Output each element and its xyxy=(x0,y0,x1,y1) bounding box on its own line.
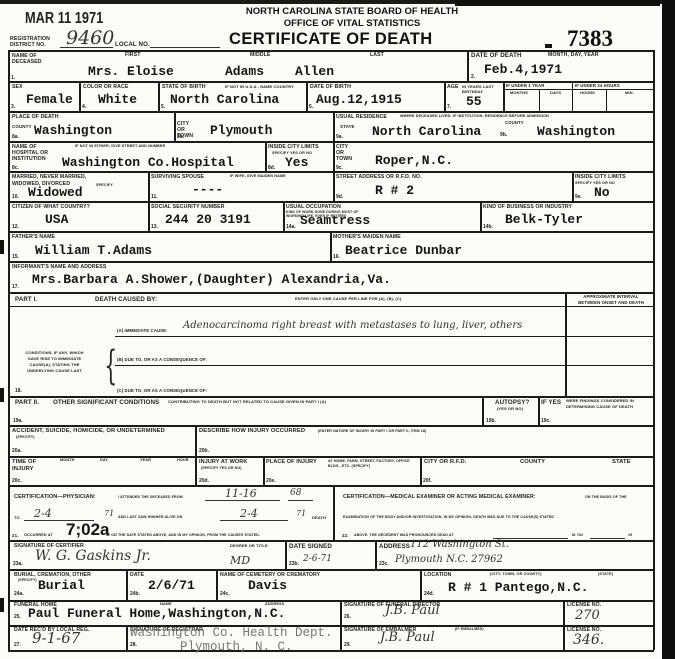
item-number: 12. xyxy=(12,224,19,230)
date-of-birth-label: DATE OF BIRTH xyxy=(310,84,351,90)
item-number: 2. xyxy=(471,74,475,80)
received-stamp: MAR 11 1971 xyxy=(25,10,103,28)
certifier-address-line1: 112 Washington St. xyxy=(410,539,509,550)
divider xyxy=(420,456,422,485)
divider xyxy=(467,50,469,81)
place-of-death-city: Plymouth xyxy=(210,123,272,138)
burial-method: Burial xyxy=(38,578,85,593)
immediate-cause: Adenocarcinoma right breast with metasta… xyxy=(183,320,522,331)
me-line3: ABOVE. THE DECEDENT WAS PRONOUNCED DEAD … xyxy=(354,533,454,537)
burial-date-label: DATE xyxy=(130,572,144,578)
autopsy-label: AUTOPSY? xyxy=(495,399,529,406)
brace: { xyxy=(104,346,117,386)
place-of-death-county: Washington xyxy=(34,123,112,138)
date-received: 9-1-67 xyxy=(32,629,80,647)
surviving-spouse-label: SURVIVING SPOUSE xyxy=(151,174,204,180)
place-of-death-label: PLACE OF DEATH xyxy=(12,114,59,120)
divider xyxy=(330,231,332,261)
immediate-cause-label: (a) IMMEDIATE CAUSE: xyxy=(117,328,168,333)
divider xyxy=(216,569,218,600)
item-number: 8b. xyxy=(177,134,184,140)
residence-city-label: CITY OR TOWN xyxy=(336,144,356,162)
part-2-label: PART II. xyxy=(15,399,39,406)
divider xyxy=(126,625,128,650)
underline xyxy=(288,500,313,501)
business-label: KIND OF BUSINESS OR INDUSTRY xyxy=(483,204,572,210)
street-address-label: STREET ADDRESS OR R.F.D. No. xyxy=(336,174,422,180)
embalmer-license-number: 346. xyxy=(573,632,604,648)
item-number: 20d. xyxy=(199,478,209,484)
funeral-director-signature: J.B. Paul xyxy=(385,603,440,618)
divider xyxy=(265,141,267,171)
date-of-death-label: DATE OF DEATH xyxy=(471,52,522,59)
scan-edge-right xyxy=(662,0,675,659)
registration-district-number: 9460 xyxy=(66,27,114,49)
certifier-signature: W. G. Gaskins Jr. xyxy=(35,548,151,564)
accident-label: ACCIDENT, SUICIDE, HOMICIDE, OR UNDETERM… xyxy=(12,428,165,434)
name-middle: Adams xyxy=(225,64,264,79)
date-of-birth: Aug.12,1915 xyxy=(316,92,402,107)
item-22-number: 22. xyxy=(342,533,349,538)
state-of-birth: North Carolina xyxy=(170,92,279,107)
binding-notch xyxy=(0,598,4,612)
part-1-label: PART I. xyxy=(15,296,37,303)
item-number: 16. xyxy=(333,254,340,260)
age-label: AGE xyxy=(447,84,459,90)
state-of-birth-label: STATE OF BIRTH xyxy=(162,84,206,90)
rule xyxy=(8,306,654,307)
item-number: 20f. xyxy=(423,478,432,484)
agency-line-1: NORTH CAROLINA STATE BOARD OF HEALTH xyxy=(227,6,477,17)
day-label: DAY xyxy=(100,458,108,462)
item-number: 9a. xyxy=(336,134,343,140)
certifier-address-line2: Plymouth N.C. 27962 xyxy=(395,554,503,565)
certificate-title: CERTIFICATE OF DEATH xyxy=(229,30,433,49)
burial-sublabel: (SPECIFY) xyxy=(18,578,37,582)
race: White xyxy=(98,92,137,107)
date-of-death: Feb.4,1971 xyxy=(484,62,562,77)
item-number: 15. xyxy=(12,254,19,260)
item-number: 23c. xyxy=(379,561,389,567)
residence-city: Roper,N.C. xyxy=(375,153,453,168)
divider xyxy=(539,89,540,111)
age-sublabel: IN YEARS LAST BIRTHDAY xyxy=(462,84,496,94)
item-number: 8a. xyxy=(12,134,19,140)
attended-to-year: 71 xyxy=(104,509,114,518)
business: Belk-Tyler xyxy=(505,212,583,227)
residence-inside-city-label: INSIDE CITY LIMITS xyxy=(575,174,626,180)
divider xyxy=(306,81,308,111)
name-label: NAME OF DECEASED xyxy=(12,53,52,65)
item-21-number: 21. xyxy=(12,533,19,538)
marital-status-sublabel: SPECIFY xyxy=(96,183,113,187)
findings-label: WERE FINDINGS CONSIDERED IN DETERMINING … xyxy=(566,398,651,410)
item-number: 27. xyxy=(14,642,21,648)
occurred-tail-text: M. ON THE DATE STATED ABOVE, AND IN MY O… xyxy=(106,533,260,537)
rule xyxy=(333,141,654,143)
time-of-death: 7;02a xyxy=(66,520,109,540)
inside-city-limits-label: INSIDE CITY LIMITS xyxy=(268,144,319,150)
hour-label: HOUR xyxy=(177,458,189,462)
occupation: Seamtress xyxy=(300,213,370,228)
surviving-spouse-sublabel: IF WIFE, GIVE MAIDEN NAME xyxy=(230,174,286,178)
under-24-hours-label: IF UNDER 24 HOURS xyxy=(575,83,620,88)
item-number: 9d. xyxy=(336,194,343,200)
surviving-spouse: ---- xyxy=(192,182,223,197)
interval-label: APPROXIMATE INTERVAL BETWEEN ONSET AND D… xyxy=(572,294,650,306)
location-sublabel: (CITY, TOWN, OR COUNTY) xyxy=(490,572,542,576)
describe-injury-sublabel: (ENTER NATURE OF INJURY IN PART I OR PAR… xyxy=(318,429,426,433)
usual-residence-sublabel: WHERE DECEASED LIVED. IF INSTITUTION, RE… xyxy=(400,114,549,118)
funeral-home: Paul Funeral Home,Washington,N.C. xyxy=(28,606,285,621)
local-no-underline xyxy=(150,47,220,48)
burial-date: 2/6/71 xyxy=(148,578,195,593)
address-label: ADDRESS xyxy=(379,543,410,550)
occurred-at-text: OCCURRED AT xyxy=(24,533,53,537)
registration-district-label: REGISTRATION DISTRICT NO. xyxy=(10,36,58,48)
item-number: 25. xyxy=(14,614,21,620)
rule xyxy=(115,365,655,366)
conditions-note: CONDITIONS, IF ANY, WHICH GAVE RISE TO I… xyxy=(22,350,87,374)
hospital-sublabel: IF NOT IN EITHER, GIVE STREET AND NUMBER xyxy=(75,144,165,148)
injury-at-work-label: INJURY AT WORK xyxy=(199,459,247,465)
name-middle-sublabel: MIDDLE xyxy=(250,52,270,58)
registrar-stamp-line2: Plymouth, N. C. xyxy=(180,640,293,654)
attended-to: 2-4 xyxy=(34,507,52,520)
date-signed-label: DATE SIGNED xyxy=(289,543,332,550)
days-label: DAYS xyxy=(550,90,561,95)
residence-state-label: STATE xyxy=(340,124,355,129)
degree: MD xyxy=(230,554,250,567)
state-of-birth-sublabel: IF NOT IN U.S.A., NAME COUNTRY xyxy=(225,84,294,89)
divider xyxy=(263,456,265,485)
divider xyxy=(79,81,81,111)
injury-city-label: CITY OR R.F.D. xyxy=(424,459,467,465)
race-label: COLOR OR RACE xyxy=(83,84,128,90)
item-number: 19c. xyxy=(541,418,551,424)
district-underline xyxy=(60,47,113,48)
divider xyxy=(572,171,574,201)
rule xyxy=(8,540,654,542)
describe-injury-label: DESCRIBE HOW INJURY OCCURRED xyxy=(199,428,305,434)
item-number: 20c. xyxy=(12,478,22,484)
place-of-injury-sublabel: AT HOME, FARM, STREET, FACTORY, OFFICE B… xyxy=(328,459,418,469)
social-security-number: 244 20 3191 xyxy=(165,212,251,227)
item-number: 18. xyxy=(15,388,22,394)
divider xyxy=(444,81,446,111)
cause-instructions: ENTER ONLY ONE CAUSE PER LINE FOR (a), (… xyxy=(295,296,401,301)
divider xyxy=(283,201,285,231)
underline xyxy=(220,520,288,521)
divider xyxy=(572,81,573,111)
item-number: 24d. xyxy=(424,591,434,597)
item-number: 24a. xyxy=(14,591,24,597)
divider xyxy=(375,540,377,570)
embalmer-signature: J.B. Paul xyxy=(380,630,435,645)
item-number: 19a. xyxy=(13,418,23,424)
embalmer-sublabel: (IF EMBALMED) xyxy=(455,627,484,631)
other-conditions-label: OTHER SIGNIFICANT CONDITIONS xyxy=(53,399,159,406)
under-1-year-label: IF UNDER 1 YEAR xyxy=(506,83,544,88)
other-conditions-sublabel: CONTRIBUTING TO DEATH BUT NOT RELATED TO… xyxy=(168,399,326,404)
item-number: 11. xyxy=(151,194,158,200)
death-word: DEATH xyxy=(312,515,326,520)
attended-from: 11-16 xyxy=(225,487,257,500)
divider xyxy=(420,569,422,600)
attended-from-year: 68 xyxy=(290,488,301,498)
rule xyxy=(8,111,654,113)
frame-left xyxy=(8,50,10,650)
rule xyxy=(8,569,654,571)
citizen-label: CITIZEN OF WHAT COUNTRY? xyxy=(12,204,90,210)
ssn-label: SOCIAL SECURITY NUMBER xyxy=(151,204,225,210)
item-number: 9e. xyxy=(575,194,582,200)
autopsy-sublabel: (YES OR NO) xyxy=(497,406,523,411)
item-number: 29. xyxy=(344,642,351,648)
me-line2: EXAMINATION OF THE BODY AND/OR INVESTIGA… xyxy=(343,515,554,519)
divider xyxy=(538,396,540,426)
injury-state-label: STATE xyxy=(612,459,631,465)
hospital-label: NAME OF HOSPITAL OR INSTITUTION xyxy=(12,144,60,162)
me-m-on: M. ON xyxy=(572,533,583,537)
item-number: 9b. xyxy=(500,132,507,138)
rule xyxy=(8,201,654,203)
divider xyxy=(174,111,176,141)
location-state-label: (STATE) xyxy=(598,572,613,576)
months-label: MONTHS xyxy=(510,90,528,95)
informant: Mrs.Barbara A.Shower,(Daughter) Alexandr… xyxy=(32,272,391,287)
divider xyxy=(195,425,197,485)
binding-notch xyxy=(0,388,4,402)
burial-location: R # 1 Pantego,N.C. xyxy=(448,580,588,595)
item-number: 5. xyxy=(161,104,165,110)
inside-city-limits-death: Yes xyxy=(285,155,308,170)
cause-b-label: (b) DUE TO, OR AS A CONSEQUENCE OF: xyxy=(117,357,207,362)
time-of-injury-label: TIME OF INJURY xyxy=(12,459,40,473)
divider xyxy=(565,292,567,397)
accident-sublabel: (SPECIFY) xyxy=(16,435,35,439)
county-label: COUNTY xyxy=(12,124,32,129)
item-number: 14b. xyxy=(483,224,493,230)
underline xyxy=(205,500,280,501)
rule xyxy=(8,600,654,602)
underline xyxy=(590,538,625,539)
residence-county: Washington xyxy=(537,124,615,139)
sex-label: SEX xyxy=(12,84,23,90)
to-label: TO xyxy=(14,515,20,520)
age: 55 xyxy=(466,94,482,109)
divider xyxy=(503,81,505,111)
father-label: FATHER'S NAME xyxy=(12,234,55,240)
injury-at-work-sublabel: (SPECIFY YES OR NO) xyxy=(201,466,242,470)
divider xyxy=(333,111,335,201)
rule xyxy=(8,396,654,398)
dash-mark xyxy=(545,44,552,48)
mother-label: MOTHER'S MAIDEN NAME xyxy=(333,234,401,240)
local-no-label: LOCAL NO. xyxy=(115,41,150,48)
death-caused-by-label: DEATH CAUSED BY: xyxy=(95,296,157,303)
item-number: 23b. xyxy=(289,561,299,567)
min-label: MIN. xyxy=(625,90,634,95)
name-first-sublabel: FIRST xyxy=(125,52,141,58)
scan-shadow xyxy=(455,0,660,6)
last-saw-date: 2-4 xyxy=(240,507,258,520)
divider xyxy=(606,89,607,111)
certificate-number: 7383 xyxy=(567,26,613,52)
item-number: 3. xyxy=(11,104,15,110)
frame-right xyxy=(653,50,655,650)
cause-c-label: (c) DUE TO, OR AS A CONSEQUENCE OF: xyxy=(117,388,207,393)
item-number: 17. xyxy=(12,284,19,290)
injury-county-label: COUNTY xyxy=(520,459,545,465)
registrar-stamp-line1: Washington Co. Health Dept. xyxy=(130,626,333,640)
item-number: 13. xyxy=(151,224,158,230)
rule xyxy=(8,261,654,263)
residence-county-label: COUNTY xyxy=(505,120,524,125)
item-number: 26. xyxy=(344,614,351,620)
item-number: 7. xyxy=(447,104,451,110)
last-saw-year: 71 xyxy=(296,509,306,518)
mother-maiden-name: Beatrice Dunbar xyxy=(345,243,462,258)
physician-cert-label: CERTIFICATION—PHYSICIAN: xyxy=(14,494,96,500)
informant-label: INFORMANT'S NAME AND ADDRESS xyxy=(12,264,106,270)
sex: Female xyxy=(26,92,73,107)
item-number: 10. xyxy=(12,194,19,200)
last-saw-text: AND LAST SAW HIM/HER ALIVE ON xyxy=(118,515,182,519)
rule xyxy=(8,171,654,173)
degree-label: DEGREE OR TITLE xyxy=(230,543,268,548)
citizen: USA xyxy=(45,212,68,227)
rule xyxy=(8,141,333,143)
item-number: 20a. xyxy=(12,448,22,454)
date-of-death-sublabel: MONTH, DAY, YEAR xyxy=(548,52,599,58)
cemetery: Davis xyxy=(248,578,287,593)
item-number: 19b. xyxy=(486,418,496,424)
item-number: 24c. xyxy=(220,591,230,597)
name-last-sublabel: LAST xyxy=(370,52,384,58)
rule xyxy=(8,81,654,83)
month-label: MONTH xyxy=(60,458,74,462)
hours-label: HOURS xyxy=(580,90,595,95)
item-number: 4. xyxy=(82,104,86,110)
me-line1-tail: ON THE BASIS OF THE xyxy=(585,495,627,499)
rule xyxy=(115,336,655,337)
divider xyxy=(480,201,482,231)
binding-notch xyxy=(0,240,4,254)
divider xyxy=(285,540,287,570)
divider xyxy=(158,81,160,111)
father-name: William T.Adams xyxy=(35,243,152,258)
item-number: 23a. xyxy=(13,561,23,567)
rule xyxy=(8,485,654,487)
divider xyxy=(482,396,484,426)
me-cert-label: CERTIFICATION—MEDICAL EXAMINER OR ACTING… xyxy=(343,494,536,500)
frame-bottom xyxy=(8,650,654,652)
usual-residence-label: USUAL RESIDENCE xyxy=(336,114,387,120)
residence-inside-city: No xyxy=(594,185,610,200)
street-address: R # 2 xyxy=(375,183,414,198)
date-signed: 2-6-71 xyxy=(303,554,332,564)
item-number: 24b. xyxy=(130,591,140,597)
divider xyxy=(126,569,128,600)
rule xyxy=(8,292,654,294)
hospital: Washington Co.Hospital xyxy=(62,155,234,170)
attended-from-text: I ATTENDED THE DECEASED FROM xyxy=(118,495,183,499)
residence-state: North Carolina xyxy=(372,124,481,139)
year-label: YEAR xyxy=(140,458,151,462)
location-label: LOCATION xyxy=(424,572,452,578)
death-certificate: MAR 11 1971 REGISTRATION DISTRICT NO. 94… xyxy=(0,0,675,659)
divider xyxy=(333,485,335,541)
item-number: 14a. xyxy=(286,224,296,230)
name-first: Mrs. Eloise xyxy=(88,64,174,79)
me-19: 19 xyxy=(628,533,632,537)
item-number: 20b. xyxy=(199,448,209,454)
rule xyxy=(8,425,654,427)
place-of-injury-label: PLACE OF INJURY xyxy=(266,459,317,465)
if-yes-label: IF YES xyxy=(541,399,561,406)
name-last: Allen xyxy=(295,64,334,79)
marital-status: Widowed xyxy=(28,185,83,200)
item-number: 20e. xyxy=(266,478,276,484)
agency-line-2: OFFICE OF VITAL STATISTICS xyxy=(227,18,477,29)
item-number: 6. xyxy=(309,104,313,110)
item-number: 28. xyxy=(130,642,137,648)
director-license-number: 270 xyxy=(575,608,600,623)
